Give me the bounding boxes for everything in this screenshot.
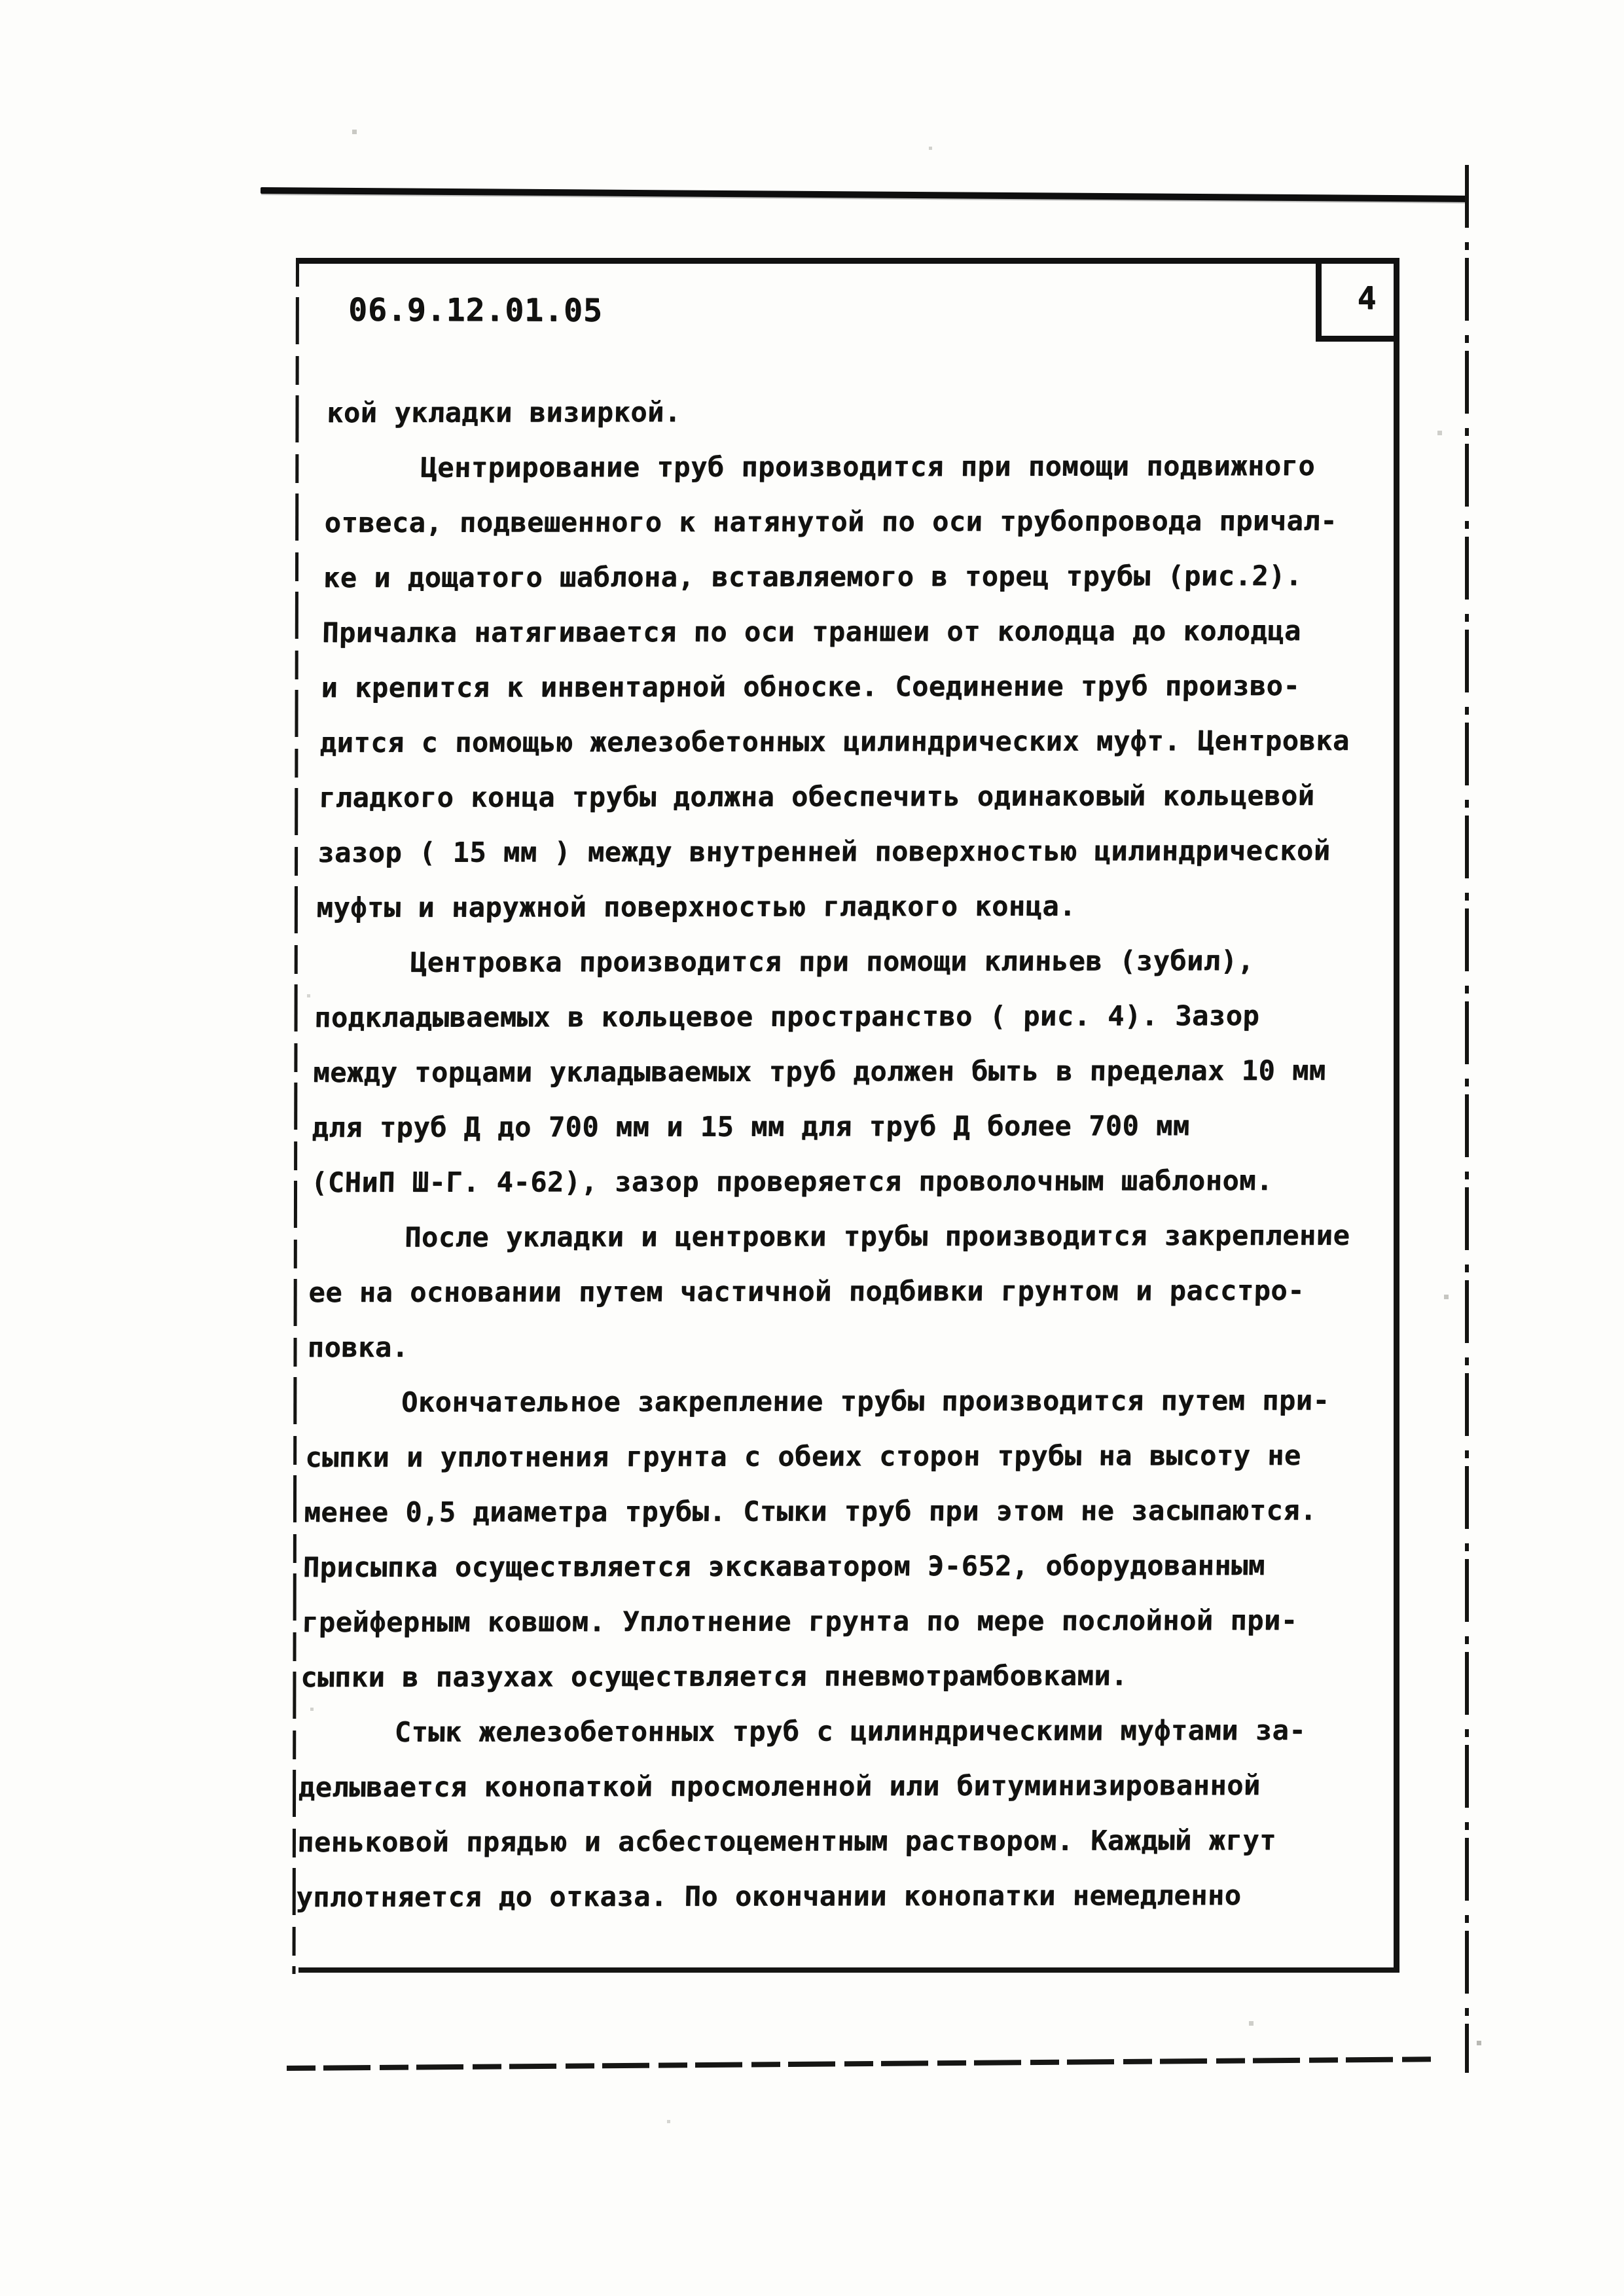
doc-code: 06.9.12.01.05 — [348, 291, 603, 329]
text-line: для труб Д до 700 мм и 15 мм для труб Д … — [312, 1098, 1367, 1155]
text-line: кой укладки визиркой. — [326, 384, 1381, 440]
page-number-box: 4 — [1316, 258, 1399, 342]
text-line: Центровка производится при помощи клинье… — [315, 933, 1370, 990]
outer-top-rule — [261, 187, 1468, 202]
text-line: отвеса, подвешенного к натянутой по оси … — [324, 493, 1379, 550]
scan-page: 4 06.9.12.01.05 кой укладки визиркой.Цен… — [0, 0, 1624, 2296]
text-line: менее 0,5 диаметра трубы. Стыки труб при… — [304, 1483, 1359, 1540]
text-line: дится с помощью железобетонных цилиндрич… — [319, 713, 1375, 770]
text-line: Причалка натягивается по оси траншеи от … — [321, 603, 1377, 660]
text-line: Окончательное закрепление трубы производ… — [306, 1373, 1361, 1430]
text-line: повка. — [307, 1318, 1362, 1375]
text-line: делывается конопаткой просмоленной или б… — [298, 1758, 1353, 1815]
outer-right-rule — [1465, 165, 1469, 2073]
text-line: зазор ( 15 мм ) между внутренней поверхн… — [317, 823, 1372, 880]
text-line: сыпки в пазухах осуществляется пневмотра… — [300, 1648, 1355, 1705]
text-line: Присыпка осуществляется экскаватором Э-6… — [302, 1538, 1358, 1595]
text-line: сыпки и уплотнения грунта с обеих сторон… — [304, 1428, 1360, 1485]
text-line: и крепится к инвентарной обноске. Соедин… — [321, 658, 1376, 715]
text-line: ке и дощатого шаблона, вставляемого в то… — [323, 548, 1378, 605]
text-line: После укладки и центровки трубы производ… — [309, 1208, 1364, 1265]
text-line: уплотняется до отказа. По окончании коно… — [296, 1868, 1351, 1925]
bottom-rule — [287, 2056, 1431, 2071]
text-line: ее на основании путем частичной подбивки… — [308, 1263, 1363, 1320]
scan-speckles — [0, 0, 2, 2]
page-number: 4 — [1358, 280, 1377, 317]
text-line: пеньковой прядью и асбестоцементным раст… — [297, 1813, 1352, 1870]
text-line: подкладываемых в кольцевое пространство … — [314, 988, 1369, 1045]
text-line: грейферным ковшом. Уплотнение грунта по … — [301, 1593, 1356, 1650]
text-line: Стык железобетонных труб с цилиндрически… — [299, 1703, 1354, 1760]
body-text: кой укладки визиркой.Центрирование труб … — [296, 384, 1382, 1925]
text-line: Центрирование труб производится при помо… — [325, 439, 1380, 495]
text-line: между торцами укладываемых труб должен б… — [313, 1043, 1368, 1100]
text-line: (СНиП Ш-Г. 4-62), зазор проверяется пров… — [310, 1153, 1365, 1210]
text-line: муфты и наружной поверхностью гладкого к… — [316, 878, 1371, 935]
text-line: гладкого конца трубы должна обеспечить о… — [318, 768, 1373, 825]
